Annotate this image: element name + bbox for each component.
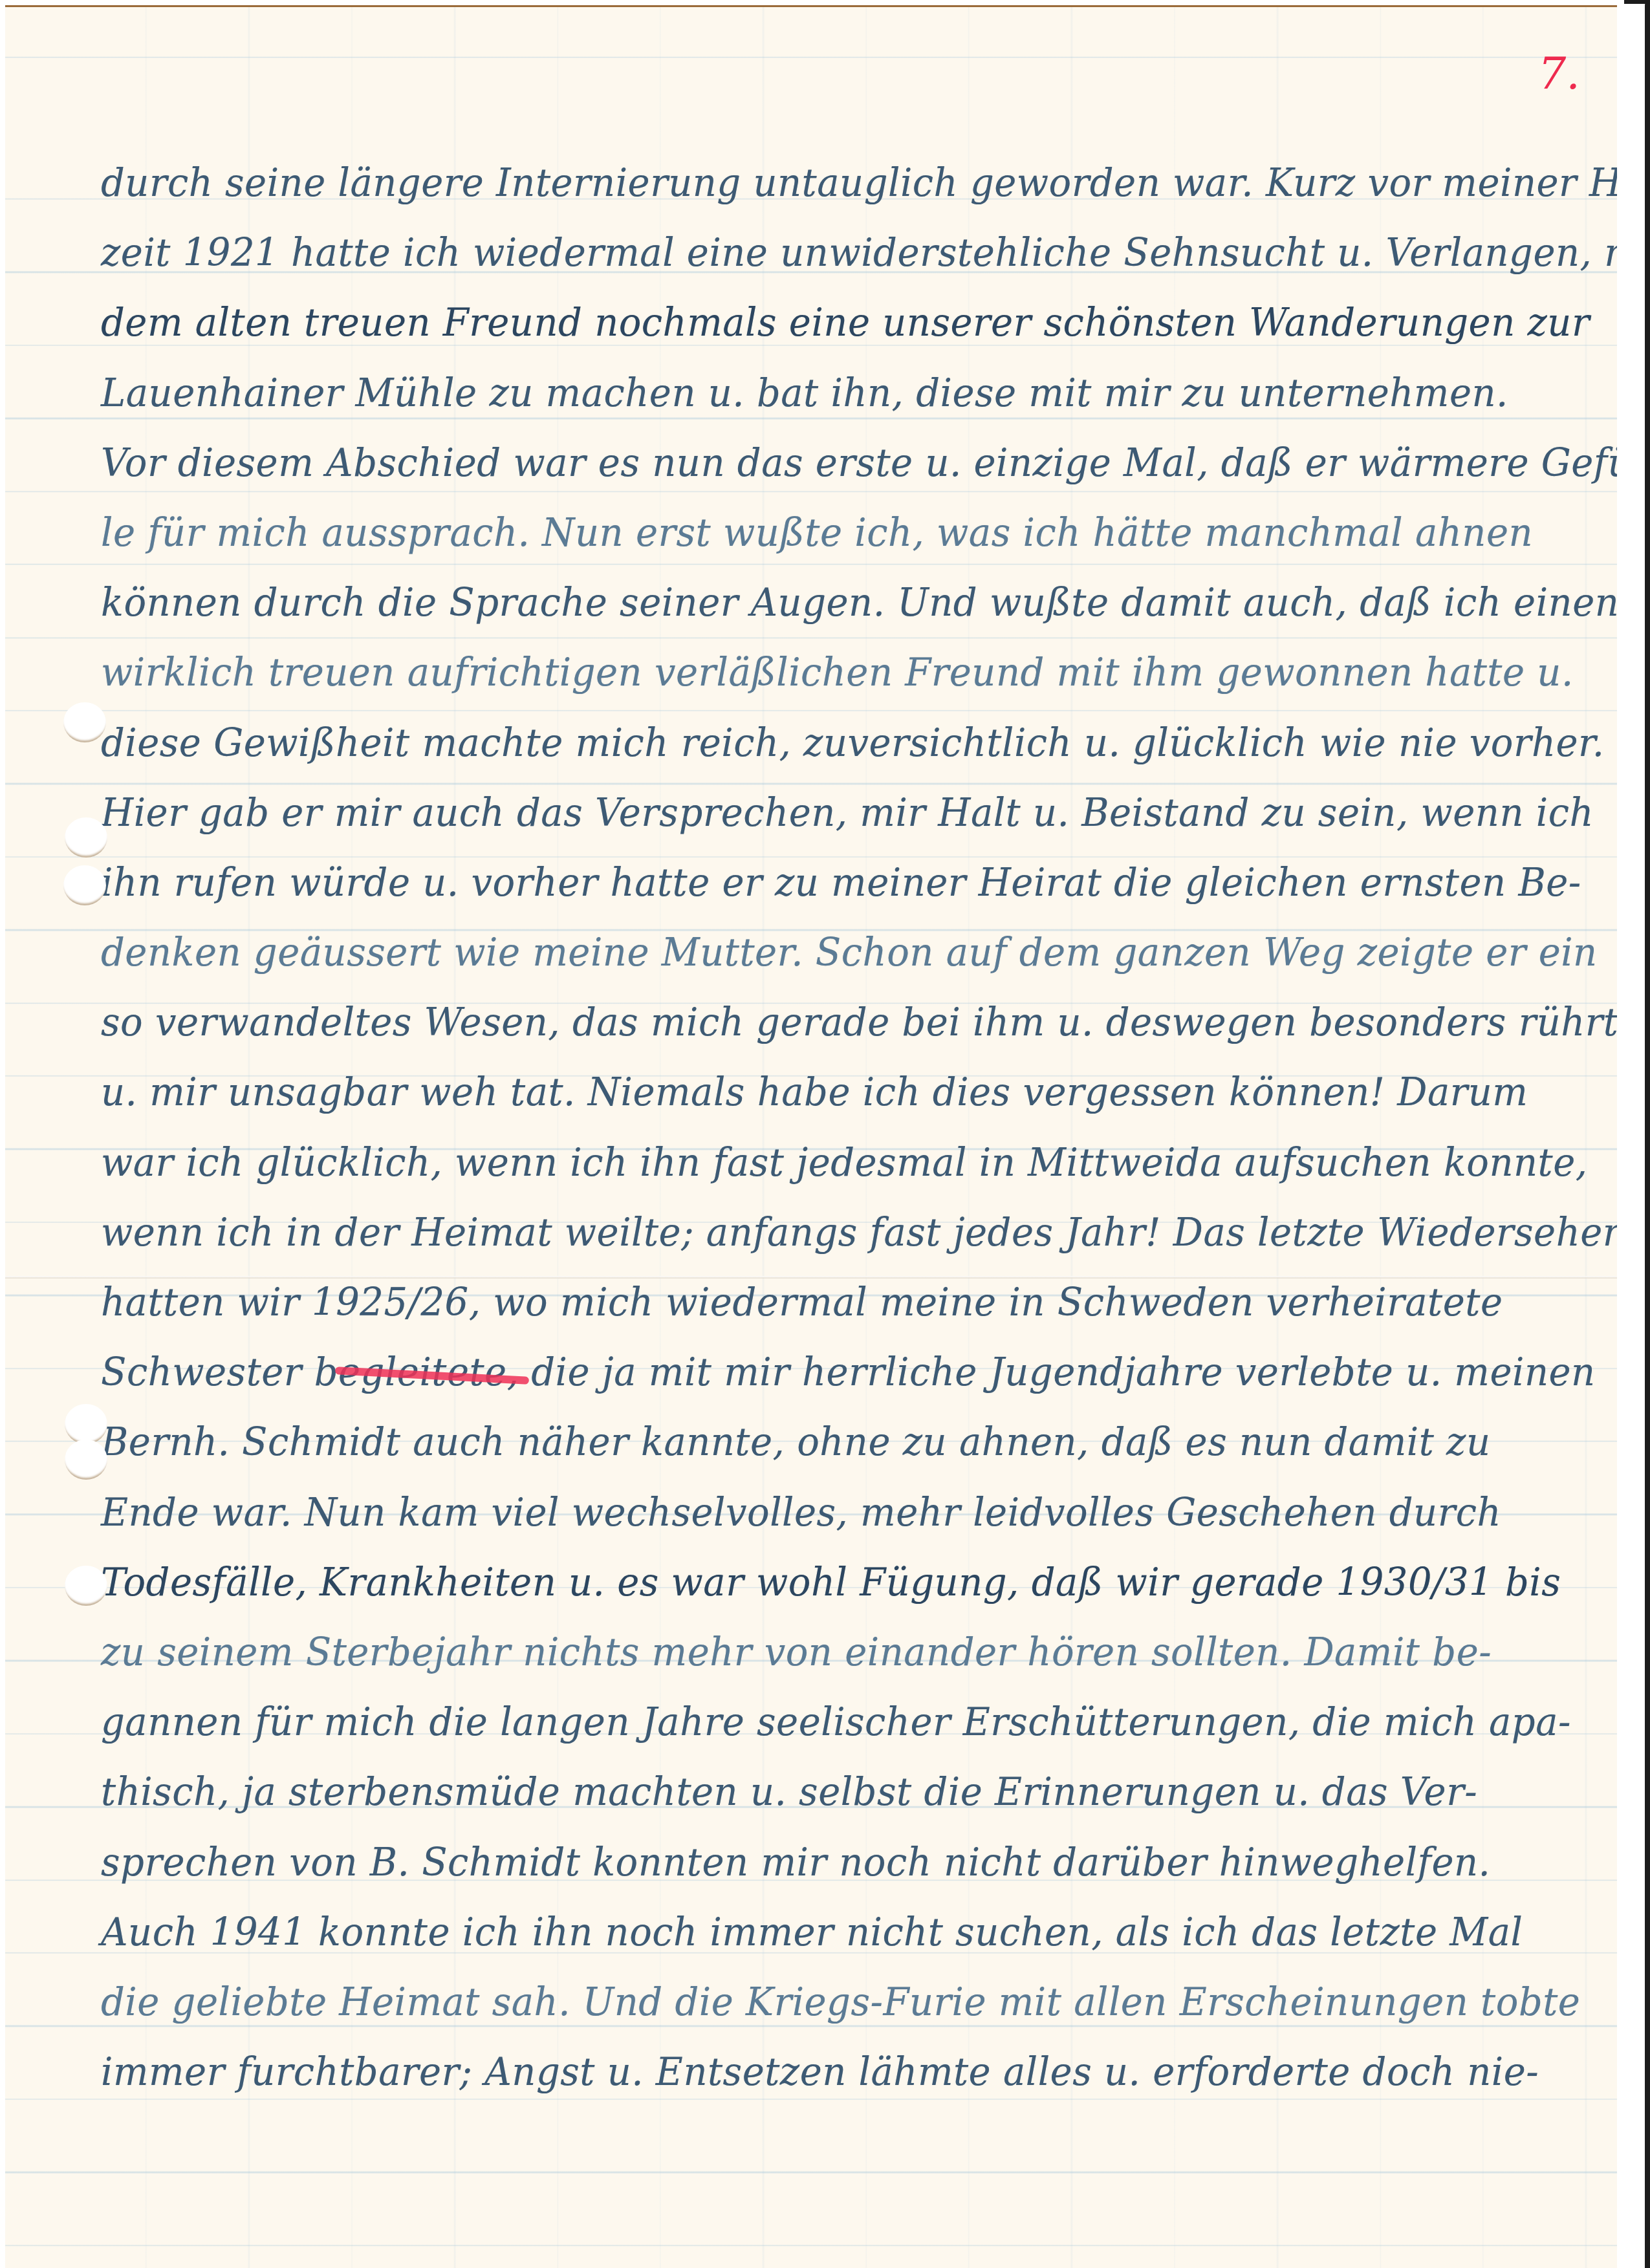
text-line: wenn ich in der Heimat weilte; anfangs f… [101,1198,1529,1268]
punch-hole [63,702,106,742]
punch-hole [65,1404,107,1444]
text-line: wirklich treuen aufrichtigen verläßliche… [101,638,1529,707]
punch-hole [65,817,107,858]
text-line: immer furchtbarer; Angst u. Entsetzen lä… [101,2037,1529,2107]
punch-hole [63,865,106,905]
text-line: die geliebte Heimat sah. Und die Kriegs-… [101,1967,1529,2037]
scanner-edge [1645,0,1650,2268]
text-line: u. mir unsagbar weh tat. Niemals habe ic… [101,1057,1529,1127]
text-line: Bernh. Schmidt auch näher kannte, ohne z… [101,1407,1529,1477]
text-line: Auch 1941 konnte ich ihn noch immer nich… [101,1897,1529,1967]
letter-page: 7. durch seine längere Internierung unta… [5,5,1617,2268]
scanner-edge-top [1624,0,1650,4]
text-line: hatten wir 1925/26, wo mich wiedermal me… [101,1268,1529,1337]
text-line: denken geäussert wie meine Mutter. Schon… [101,918,1529,988]
text-line: war ich glücklich, wenn ich ihn fast jed… [101,1128,1529,1198]
text-line: ihn rufen würde u. vorher hatte er zu me… [101,848,1529,918]
text-line: durch seine längere Internierung untaugl… [101,148,1529,218]
text-line: Ende war. Nun kam viel wechselvolles, me… [101,1478,1529,1548]
text-line: thisch, ja sterbensmüde machten u. selbs… [101,1757,1529,1827]
punch-hole [65,1440,107,1480]
text-line: Vor diesem Abschied war es nun das erste… [101,428,1529,498]
text-line: Lauenhainer Mühle zu machen u. bat ihn, … [101,358,1529,428]
page-number: 7. [1538,52,1580,96]
text-line: Todesfälle, Krankheiten u. es war wohl F… [101,1548,1529,1617]
text-line: le für mich aussprach. Nun erst wußte ic… [101,498,1529,568]
text-line: dem alten treuen Freund nochmals eine un… [101,288,1529,358]
text-line: sprechen von B. Schmidt konnten mir noch… [101,1828,1529,1897]
text-line: zu seinem Sterbejahr nichts mehr von ein… [101,1617,1529,1687]
handwritten-text: durch seine längere Internierung untaugl… [101,148,1589,2107]
text-line: zeit 1921 hatte ich wiedermal eine unwid… [101,218,1529,288]
scan-background: 7. durch seine längere Internierung unta… [0,0,1650,2268]
punch-hole [65,1566,107,1606]
text-line: so verwandeltes Wesen, das mich gerade b… [101,988,1529,1057]
text-line: diese Gewißheit machte mich reich, zuver… [101,708,1529,778]
text-line: können durch die Sprache seiner Augen. U… [101,568,1529,638]
text-line: Schwester begleitete, die ja mit mir her… [101,1337,1529,1407]
text-line: Hier gab er mir auch das Versprechen, mi… [101,778,1529,848]
text-line: gannen für mich die langen Jahre seelisc… [101,1687,1529,1757]
